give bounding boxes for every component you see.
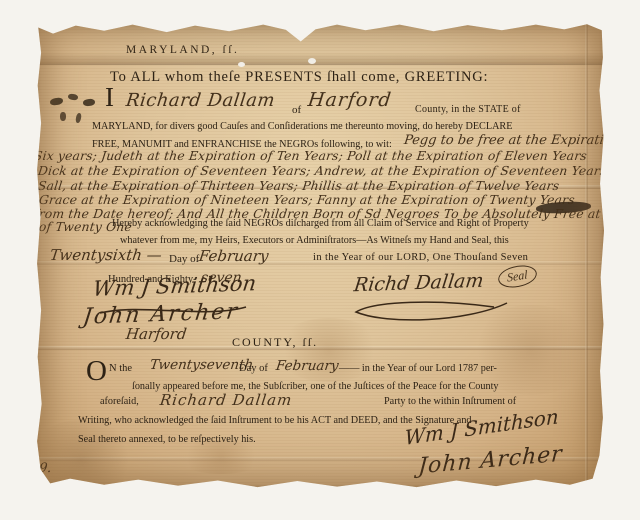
document-paper: MARYLAND, ſſ. To ALL whom theſe PRESENTS… (36, 20, 604, 488)
scan-background: MARYLAND, ſſ. To ALL whom theſe PRESENTS… (0, 0, 640, 520)
edge-vignette (36, 20, 604, 488)
paper-hole (288, 17, 318, 32)
